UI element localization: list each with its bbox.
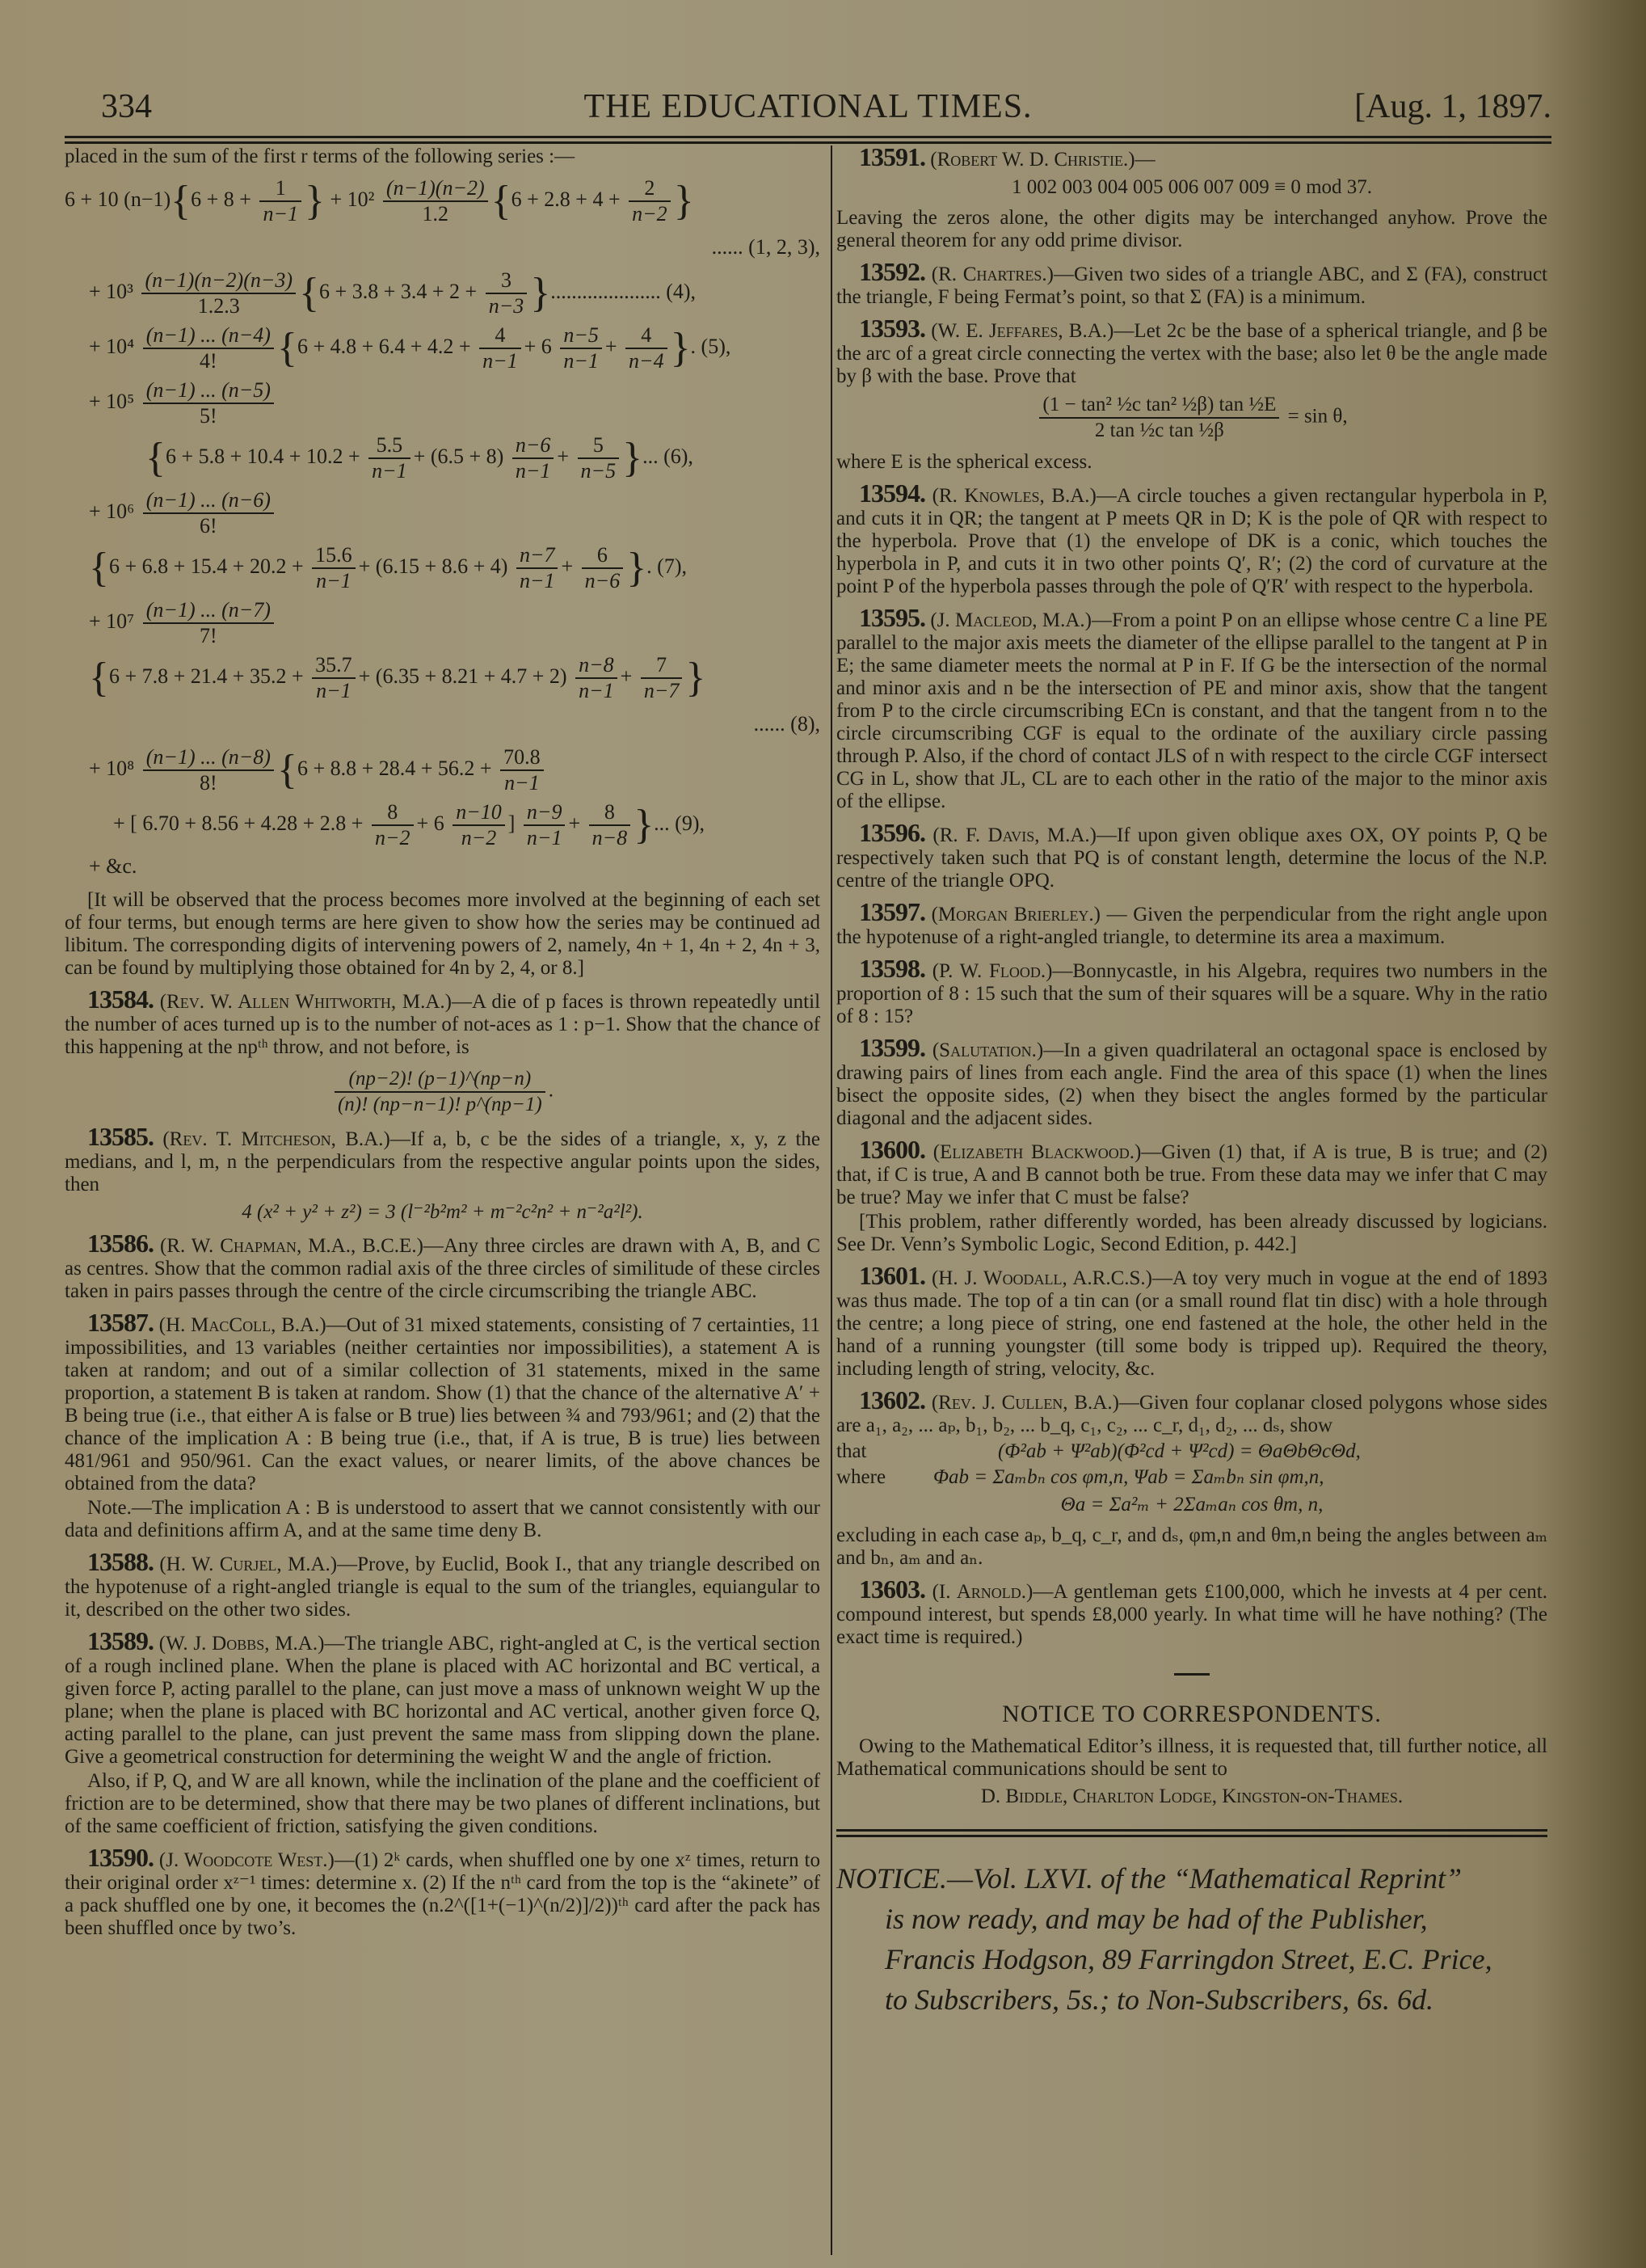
problem-13594: 13594. (R. Knowles, B.A.)—A circle touch…	[836, 482, 1547, 598]
problem-13592: 13592. (R. Chartres.)—Given two sides of…	[836, 260, 1547, 309]
series-etc: + &c.	[65, 850, 820, 883]
series-intro: placed in the sum of the first r terms o…	[65, 145, 820, 168]
series-line-5: + 10⁴ (n−1) ... (n−4)4!{6 + 4.8 + 6.4 + …	[65, 323, 820, 373]
notice-heading: NOTICE TO CORRESPONDENTS.	[836, 1703, 1547, 1726]
problem-13599: 13599. (Salutation.)—In a given quadrila…	[836, 1036, 1547, 1130]
problem-13593: 13593. (W. E. Jeffares, B.A.)—Let 2c be …	[836, 317, 1547, 474]
problem-13588: 13588. (H. W. Curjel, M.A.)—Prove, by Eu…	[65, 1550, 820, 1621]
notice-double-rule	[836, 1829, 1547, 1837]
series-line-4: + 10³ (n−1)(n−2)(n−3)1.2.3{6 + 3.8 + 3.4…	[65, 268, 820, 318]
column-divider	[831, 145, 832, 2255]
equation-tag: ...... (1, 2, 3),	[65, 231, 820, 263]
series-line-7: {6 + 6.8 + 15.4 + 20.2 + 15.6n−1+ (6.15 …	[65, 543, 820, 593]
problem-13586: 13586. (R. W. Chapman, M.A., B.C.E.)—Any…	[65, 1232, 820, 1303]
series-line-7-coef: + 10⁶ (n−1) ... (n−6)6!	[65, 488, 820, 538]
page-header: 334 THE EDUCATIONAL TIMES. [Aug. 1, 1897…	[65, 81, 1551, 129]
series-line-6-coef: + 10⁵ (n−1) ... (n−5)5!	[65, 378, 820, 428]
problem-13590: 13590. (J. Woodcote West.)—(1) 2ᵏ cards,…	[65, 1846, 820, 1940]
section-rule	[1174, 1673, 1210, 1676]
notice-address: D. Biddle, Charlton Lodge, Kingston-on-T…	[836, 1785, 1547, 1808]
header-double-rule	[65, 136, 1551, 144]
problem-13589: 13589. (W. J. Dobbs, M.A.)—The triangle …	[65, 1629, 820, 1838]
problem-13587: 13587. (H. MacColl, B.A.)—Out of 31 mixe…	[65, 1311, 820, 1542]
problem-13591: 13591. (Robert W. D. Christie.)— 1 002 0…	[836, 145, 1547, 252]
problem-13597: 13597. (Morgan Brierley.) — Given the pe…	[836, 900, 1547, 949]
notice-body: Owing to the Mathematical Editor’s illne…	[836, 1735, 1547, 1781]
series-block: 6 + 10 (n−1){6 + 8 + 1n−1} + 10² (n−1)(n…	[65, 176, 820, 883]
problem-13600: 13600. (Elizabeth Blackwood.)—Given (1) …	[836, 1138, 1547, 1256]
problem-13584: 13584. (Rev. W. Allen Whitworth, M.A.)—A…	[65, 988, 820, 1117]
right-column: 13591. (Robert W. D. Christie.)— 1 002 0…	[836, 145, 1547, 2020]
series-line-8: {6 + 7.8 + 21.4 + 35.2 + 35.7n−1+ (6.35 …	[65, 653, 820, 703]
problem-13598: 13598. (P. W. Flood.)—Bonnycastle, in hi…	[836, 957, 1547, 1028]
problem-13596: 13596. (R. F. Davis, M.A.)—If upon given…	[836, 821, 1547, 892]
problem-13603: 13603. (I. Arnold.)—A gentleman gets £10…	[836, 1578, 1547, 1649]
series-line-9b: + [ 6.70 + 8.56 + 4.28 + 2.8 + 8n−2+ 6 n…	[65, 800, 820, 850]
reprint-notice: NOTICE.—Vol. LXVI. of the “Mathematical …	[836, 1858, 1547, 2020]
problem-13602: 13602. (Rev. J. Cullen, B.A.)—Given four…	[836, 1389, 1547, 1570]
journal-title: THE EDUCATIONAL TIMES.	[65, 87, 1551, 126]
series-line-1: 6 + 10 (n−1){6 + 8 + 1n−1} + 10² (n−1)(n…	[65, 176, 820, 226]
series-line-8-coef: + 10⁷ (n−1) ... (n−7)7!	[65, 598, 820, 648]
problem-13595: 13595. (J. Macleod, M.A.)—From a point P…	[836, 606, 1547, 813]
problem-13585: 13585. (Rev. T. Mitcheson, B.A.)—If a, b…	[65, 1125, 820, 1224]
problem-13601: 13601. (H. J. Woodall, A.R.C.S.)—A toy v…	[836, 1264, 1547, 1381]
issue-date: [Aug. 1, 1897.	[1354, 87, 1551, 126]
equation-tag: ...... (8),	[65, 708, 820, 740]
series-note: [It will be observed that the process be…	[65, 889, 820, 980]
series-line-9a: + 10⁸ (n−1) ... (n−8)8!{6 + 8.8 + 28.4 +…	[65, 745, 820, 795]
left-column: placed in the sum of the first r terms o…	[65, 145, 820, 1948]
series-line-6: {6 + 5.8 + 10.4 + 10.2 + 5.5n−1+ (6.5 + …	[65, 433, 820, 483]
